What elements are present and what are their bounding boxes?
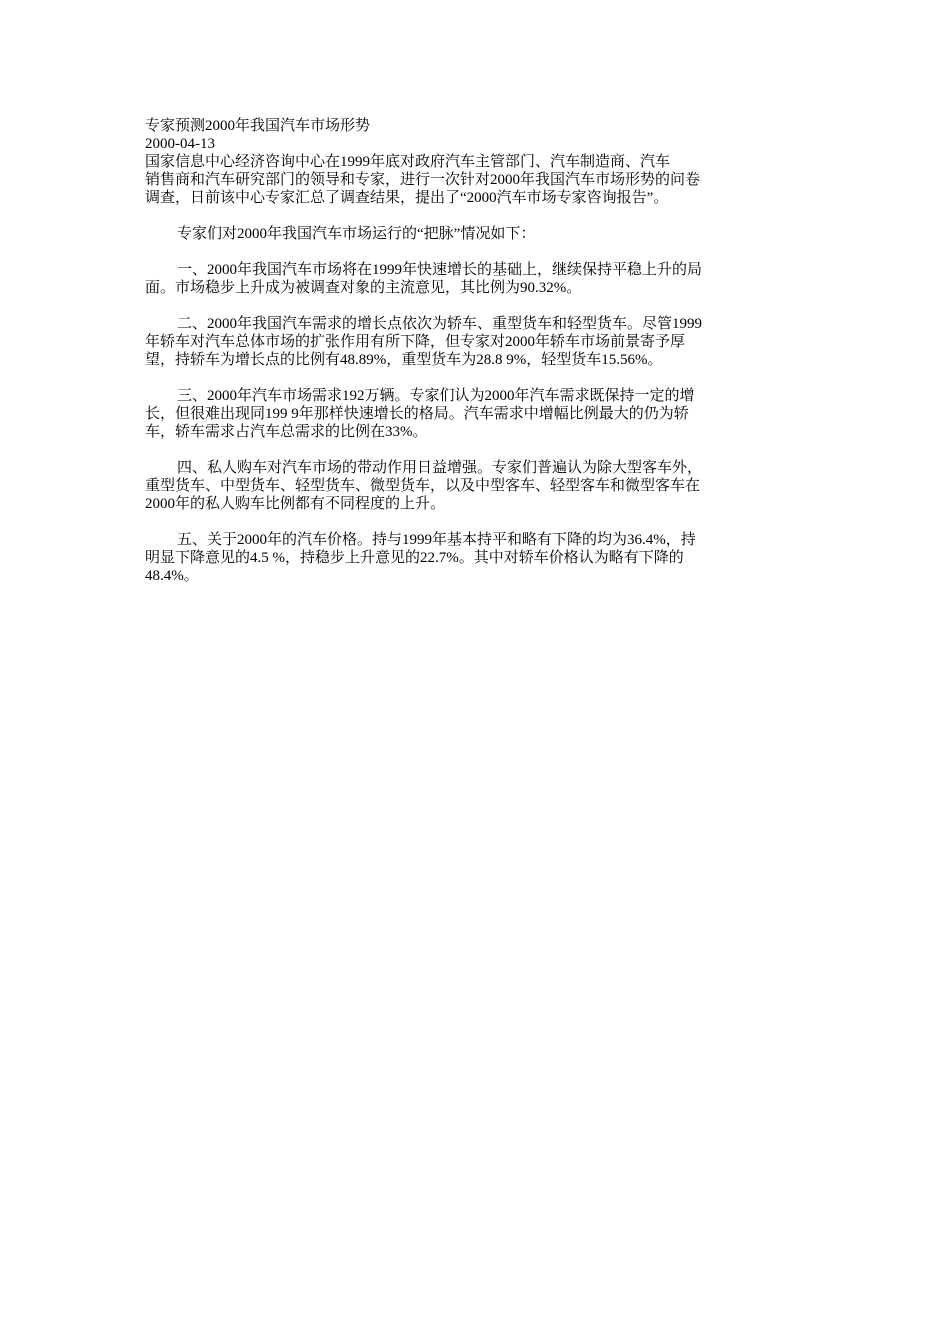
intro-paragraph: 国家信息中心经济咨询中心在1999年底对政府汽车主管部门、汽车制造商、汽车 销售… [145,153,745,207]
paragraph-overview: 专家们对2000年我国汽车市场运行的“把脉”情况如下： [145,225,745,243]
document-title: 专家预测2000年我国汽车市场形势 [145,117,745,135]
paragraph-line: 2000年的私人购车比例都有不同程度的上升。 [145,495,745,513]
paragraph-line: 五、关于2000年的汽车价格。持与1999年基本持平和略有下降的均为36.4%，… [145,531,745,549]
paragraph-line: 三、2000年汽车市场需求192万辆。专家们认为2000年汽车需求既保持一定的增 [145,387,745,405]
paragraph-line: 面。市场稳步上升成为被调查对象的主流意见，其比例为90.32%。 [145,279,745,297]
paragraph-point-1: 一、2000年我国汽车市场将在1999年快速增长的基础上，继续保持平稳上升的局 … [145,261,745,297]
paragraph-line: 销售商和汽车研究部门的领导和专家，进行一次针对2000年我国汽车市场形势的问卷 [145,171,745,189]
paragraph-line: 国家信息中心经济咨询中心在1999年底对政府汽车主管部门、汽车制造商、汽车 [145,153,745,171]
paragraph-point-3: 三、2000年汽车市场需求192万辆。专家们认为2000年汽车需求既保持一定的增… [145,387,745,441]
paragraph-line: 年轿车对汽车总体市场的扩张作用有所下降，但专家对2000年轿车市场前景寄予厚 [145,333,745,351]
paragraph-line: 明显下降意见的4.5 %，持稳步上升意见的22.7%。其中对轿车价格认为略有下降… [145,549,745,567]
document-date: 2000-04-13 [145,135,745,153]
paragraph-point-5: 五、关于2000年的汽车价格。持与1999年基本持平和略有下降的均为36.4%，… [145,531,745,585]
paragraph-line: 重型货车、中型货车、轻型货车、微型货车，以及中型客车、轻型客车和微型客车在 [145,477,745,495]
document-body: 专家预测2000年我国汽车市场形势 2000-04-13 国家信息中心经济咨询中… [145,117,745,603]
paragraph-line: 48.4%。 [145,567,745,585]
paragraph-line: 长，但很难出现同199 9年那样快速增长的格局。汽车需求中增幅比例最大的仍为轿 [145,405,745,423]
paragraph-line: 望，持轿车为增长点的比例有48.89%，重型货车为28.8 9%，轻型货车15.… [145,351,745,369]
paragraph-line: 车，轿车需求占汽车总需求的比例在33%。 [145,423,745,441]
paragraph-line: 调查，日前该中心专家汇总了调查结果，提出了“2000汽车市场专家咨询报告”。 [145,189,745,207]
paragraph-line: 专家们对2000年我国汽车市场运行的“把脉”情况如下： [145,225,745,243]
paragraph-point-2: 二、2000年我国汽车需求的增长点依次为轿车、重型货车和轻型货车。尽管1999 … [145,315,745,369]
paragraph-point-4: 四、私人购车对汽车市场的带动作用日益增强。专家们普遍认为除大型客车外， 重型货车… [145,459,745,513]
paragraph-line: 二、2000年我国汽车需求的增长点依次为轿车、重型货车和轻型货车。尽管1999 [145,315,745,333]
paragraph-line: 四、私人购车对汽车市场的带动作用日益增强。专家们普遍认为除大型客车外， [145,459,745,477]
paragraph-line: 一、2000年我国汽车市场将在1999年快速增长的基础上，继续保持平稳上升的局 [145,261,745,279]
